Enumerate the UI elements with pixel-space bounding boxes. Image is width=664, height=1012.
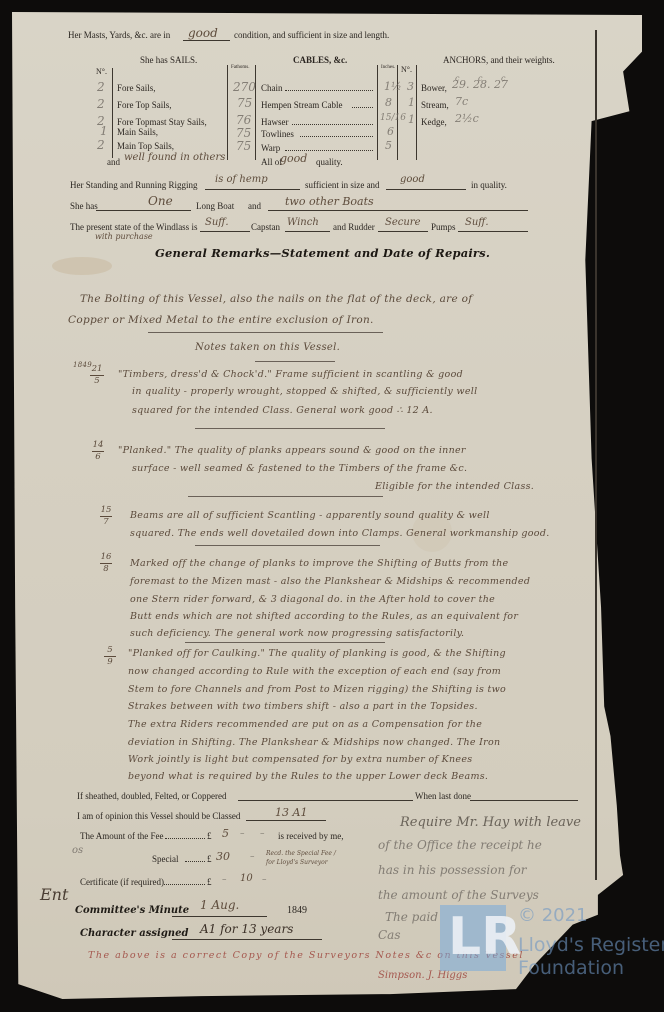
- capstan-value: Winch: [287, 217, 319, 228]
- long-boat-count: One: [148, 194, 173, 208]
- certificate-pence: –: [262, 875, 267, 885]
- attestation-signature: Simpson. J. Higgs: [378, 970, 467, 981]
- pound-sign: £: [207, 831, 212, 841]
- cable-label: Chain: [261, 83, 283, 93]
- table-divider: [227, 65, 228, 160]
- paper-stain: [52, 257, 112, 275]
- pound-sign: £: [207, 854, 212, 864]
- pumps-field-line: [458, 231, 528, 232]
- boats-and: and: [248, 201, 261, 211]
- certificate-shillings: 10: [240, 873, 253, 884]
- leader-dots: [164, 878, 205, 885]
- special-label: Special: [152, 854, 179, 864]
- entry-line: squared. The ends well dovetailed down i…: [130, 528, 550, 539]
- entry-line: foremast to the Mizen mast - also the Pl…: [130, 576, 530, 587]
- windlass-label: The present state of the Windlass is: [70, 222, 197, 232]
- entry-line: Butt ends which are not shifted accordin…: [130, 611, 518, 622]
- leader-dots: [285, 84, 373, 91]
- entry-date: 15 7: [100, 505, 112, 528]
- masts-value: good: [188, 26, 218, 40]
- margin-note: Ent: [40, 885, 68, 904]
- sails-and-value: well found in others: [124, 152, 225, 163]
- entry-line: "Planked off for Caulking." The quality …: [128, 648, 506, 659]
- rudder-field-line: [378, 231, 428, 232]
- watermark-org-line2: Foundation: [518, 957, 624, 979]
- entry-line: Strakes between with two timbers shift -…: [128, 701, 478, 712]
- rigging-quality: good: [400, 174, 425, 185]
- rudder-value: Secure: [385, 217, 421, 228]
- masts-label: Her Masts, Yards, &c. are in: [68, 30, 170, 40]
- entry-line: squared for the intended Class. General …: [132, 405, 433, 416]
- rigging-middle: sufficient in size and: [305, 180, 380, 190]
- sail-count: 2: [97, 138, 105, 152]
- fee-shillings: –: [240, 829, 245, 839]
- entry-line: Eligible for the intended Class.: [375, 481, 534, 492]
- boats-label: She has: [70, 201, 98, 211]
- sheathed-label: If sheathed, doubled, Felted, or Coppere…: [77, 791, 226, 801]
- anchor-weight: 7c: [455, 95, 468, 108]
- entry-line: in quality - properly wrought, stopped &…: [132, 386, 477, 397]
- side-note-line: the amount of the Surveys: [378, 888, 539, 902]
- table-divider: [377, 65, 378, 160]
- entry-line: Stem to fore Channels and from Post to M…: [128, 684, 506, 695]
- cable-fathoms: 75: [236, 139, 251, 153]
- anchor-label: Kedge,: [421, 117, 447, 127]
- cable-label: Hawser: [261, 117, 289, 127]
- section-divider: [195, 545, 380, 546]
- leader-dots: [285, 144, 373, 151]
- rigging-label: Her Standing and Running Rigging: [70, 180, 198, 190]
- leader-dots: [185, 855, 205, 862]
- leader-dots: [292, 118, 373, 125]
- watermark-org-line1: Lloyd's Register: [518, 934, 664, 956]
- sheathed-field-line[interactable]: [238, 800, 413, 801]
- notes-heading: Notes taken on this Vessel.: [195, 342, 340, 353]
- remarks-heading: General Remarks—Statement and Date of Re…: [155, 246, 490, 260]
- anchor-weight: 29. 28. 27: [452, 78, 508, 91]
- sail-label: Fore Top Sails,: [117, 100, 171, 110]
- section-divider: [148, 332, 383, 333]
- margin-rule: [595, 30, 597, 880]
- entry-line: The extra Riders recommended are put on …: [128, 719, 482, 730]
- rigging-field-line: [205, 189, 300, 190]
- other-boats-line: [268, 210, 528, 211]
- sail-count: 2: [97, 80, 105, 94]
- pumps-value: Suff.: [465, 217, 489, 228]
- minute-year: 1849: [287, 905, 307, 916]
- fee-label: The Amount of the Fee: [80, 831, 163, 841]
- rigging-value: is of hemp: [215, 174, 268, 185]
- when-last-done-field-line[interactable]: [470, 800, 578, 801]
- cable-inches: 1½: [384, 80, 402, 93]
- capstan-label: Capstan: [251, 222, 280, 232]
- entry-line: beyond what is required by the Rules to …: [128, 771, 488, 782]
- cables-title: CABLES, &c.: [293, 55, 347, 65]
- cable-fathoms: 75: [237, 96, 252, 110]
- anchor-count: 1: [408, 96, 415, 109]
- anchor-weight: 2½c: [455, 112, 479, 125]
- section-divider: [188, 496, 383, 497]
- side-note-line: has in his possession for: [378, 863, 526, 877]
- table-divider: [112, 68, 113, 158]
- entry-line: "Timbers, dress'd & Chock'd." Frame suff…: [118, 369, 463, 380]
- entry-line: one Stern rider forward, & 3 diagonal do…: [130, 594, 495, 605]
- sails-title: She has SAILS.: [140, 55, 197, 65]
- side-note-line: of the Office the receipt he: [378, 838, 542, 852]
- fathoms-header: Fathoms.: [231, 65, 249, 70]
- entry-line: such deficiency. The general work now pr…: [130, 628, 464, 639]
- lr-logo-icon: LR: [440, 905, 506, 971]
- entry-line: Beams are all of sufficient Scantling - …: [130, 510, 490, 521]
- sails-no-header: N°.: [96, 67, 107, 76]
- section-divider: [255, 361, 335, 362]
- cable-label: Towlines: [261, 129, 294, 139]
- cable-inches: 6: [387, 125, 394, 138]
- sail-label: Fore Sails,: [117, 83, 156, 93]
- classed-value: 13 A1: [275, 806, 307, 819]
- minute-value: 1 Aug.: [200, 898, 239, 912]
- fee-margin-note: os: [72, 845, 83, 856]
- side-note-line: Cas: [378, 928, 401, 942]
- anchors-no-header: N°.: [401, 65, 412, 74]
- sail-label: Main Top Sails,: [117, 141, 174, 151]
- fee-pounds: 5: [222, 827, 229, 840]
- anchors-title: ANCHORS, and their weights.: [443, 55, 555, 65]
- long-boat-label: Long Boat: [196, 201, 234, 211]
- cable-inches: 5: [385, 139, 392, 152]
- entry-line: now changed according to Rule with the e…: [128, 666, 501, 677]
- watermark-copyright: © 2021: [518, 905, 588, 926]
- cable-fathoms: 76: [236, 113, 251, 127]
- cable-fathoms: 75: [236, 126, 251, 140]
- remarks-intro-line: Copper or Mixed Metal to the entire excl…: [68, 314, 374, 326]
- certificate-label: Certificate (if required): [80, 877, 164, 887]
- boats-field-line: [96, 210, 191, 211]
- leader-dots: [165, 832, 205, 839]
- masts-suffix: condition, and sufficient in size and le…: [234, 30, 389, 40]
- entry-line: deviation in Shifting. The Plankshear & …: [128, 737, 500, 748]
- special-pounds: 30: [216, 850, 230, 863]
- windlass-value: Suff.: [205, 217, 229, 228]
- special-shillings: –: [250, 852, 255, 862]
- sail-label: Fore Topmast Stay Sails,: [117, 117, 207, 127]
- side-note-line: Require Mr. Hay with leave: [400, 815, 581, 830]
- classed-field-line: [246, 820, 326, 821]
- side-note-line: The paid: [385, 910, 438, 924]
- character-assigned-label: Character assigned: [80, 928, 188, 939]
- sails-and-label: and: [107, 157, 120, 167]
- windlass-field-line: [200, 231, 250, 232]
- sail-count: 2: [97, 97, 105, 111]
- special-fee-signature: Recd. the Special Fee / for Lloyd's Surv…: [266, 849, 336, 867]
- cable-label: Warp: [261, 143, 280, 153]
- leader-dots: [352, 101, 373, 108]
- quality-value: good: [280, 152, 307, 165]
- entry-line: Work jointly is light but compensated fo…: [128, 754, 472, 765]
- certificate-pounds: –: [222, 875, 227, 885]
- anchor-count: 1: [408, 113, 415, 126]
- masts-field-line: [183, 40, 230, 41]
- other-boats: two other Boats: [285, 195, 374, 208]
- windlass-note: with purchase: [95, 232, 153, 241]
- quality-suffix: quality.: [316, 157, 343, 167]
- cable-label: Hempen Stream Cable: [261, 100, 342, 110]
- entry-line: Marked off the change of planks to impro…: [130, 558, 508, 569]
- committee-minute-label: Committee's Minute: [75, 905, 189, 916]
- entry-line: "Planked." The quality of planks appears…: [118, 445, 466, 456]
- entry-date: 14 6: [92, 440, 104, 463]
- classed-label: I am of opinion this Vessel should be Cl…: [77, 811, 240, 821]
- fee-pence: –: [260, 829, 265, 839]
- when-last-done-label: When last done: [415, 791, 471, 801]
- sail-label: Main Sails,: [117, 127, 158, 137]
- entry-date: 16 8: [100, 552, 112, 575]
- rigging-suffix: in quality.: [471, 180, 507, 190]
- cable-inches: 15/16: [380, 113, 406, 123]
- cable-inches: 8: [385, 96, 392, 109]
- pound-sign: £: [207, 877, 212, 887]
- inches-header: Inches.: [381, 65, 395, 70]
- character-field-line: [172, 939, 322, 940]
- anchor-label: Stream,: [421, 100, 449, 110]
- rigging-quality-line: [386, 189, 466, 190]
- remarks-intro-line: The Bolting of this Vessel, also the nai…: [80, 293, 472, 305]
- table-divider: [416, 65, 417, 160]
- fee-suffix: is received by me,: [278, 831, 343, 841]
- cable-fathoms: 270: [233, 80, 256, 94]
- character-value: A1 for 13 years: [200, 922, 293, 936]
- pumps-label: Pumps: [431, 222, 456, 232]
- anchor-label: Bower,: [421, 83, 447, 93]
- leader-dots: [300, 130, 373, 137]
- rudder-label: and Rudder: [333, 222, 375, 232]
- entry-date: 21 5: [90, 364, 104, 387]
- section-divider: [185, 642, 385, 643]
- entry-line: surface - well seamed & fastened to the …: [132, 463, 467, 474]
- anchor-count: 3: [407, 80, 414, 93]
- sail-count: 1: [100, 124, 108, 138]
- capstan-field-line: [285, 231, 330, 232]
- minute-field-line: [172, 916, 267, 917]
- entry-date: 5 9: [104, 645, 116, 668]
- section-divider: [195, 428, 385, 429]
